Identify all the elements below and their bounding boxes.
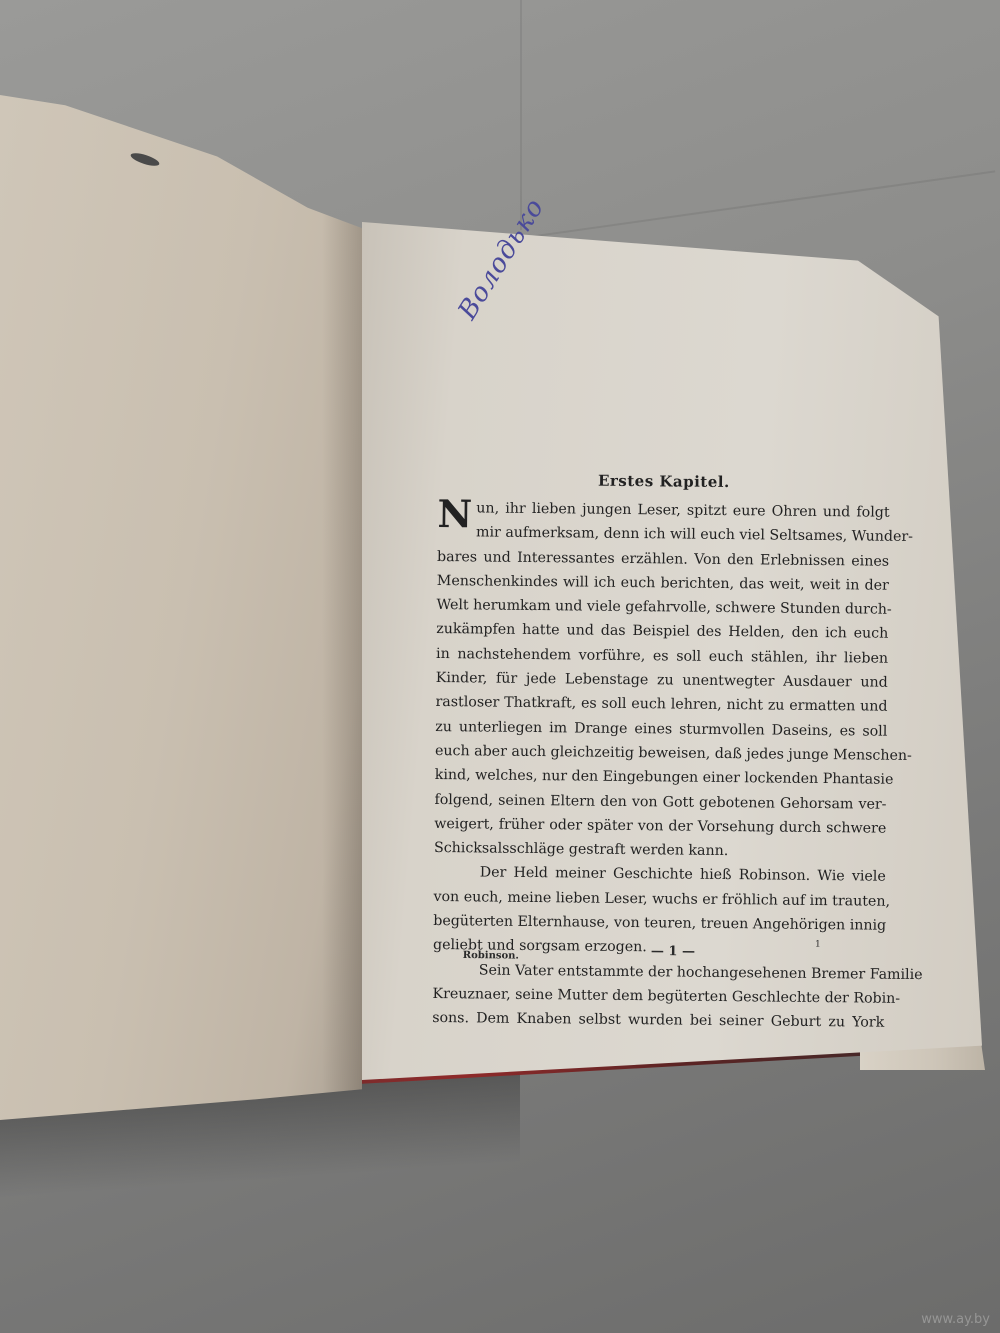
paragraph-1: N un, ihr lieben jungen Leser, spitzt eu… (434, 496, 890, 865)
text-line: sons. Dem Knaben selbst wurden bei seine… (432, 1006, 884, 1035)
sheet-mark: 1 (815, 940, 821, 950)
watermark: www.ay.by (921, 1312, 990, 1327)
left-page-blank (0, 95, 362, 1120)
signature-mark: Robinson. (463, 950, 519, 962)
dropcap: N (437, 496, 472, 532)
chapter-title: Erstes Kapitel. (438, 470, 890, 493)
box-seam (520, 0, 522, 230)
page-number: — 1 — (651, 944, 695, 959)
paragraph-3: Sein Vater entstammte der hochangesehene… (432, 958, 885, 1036)
